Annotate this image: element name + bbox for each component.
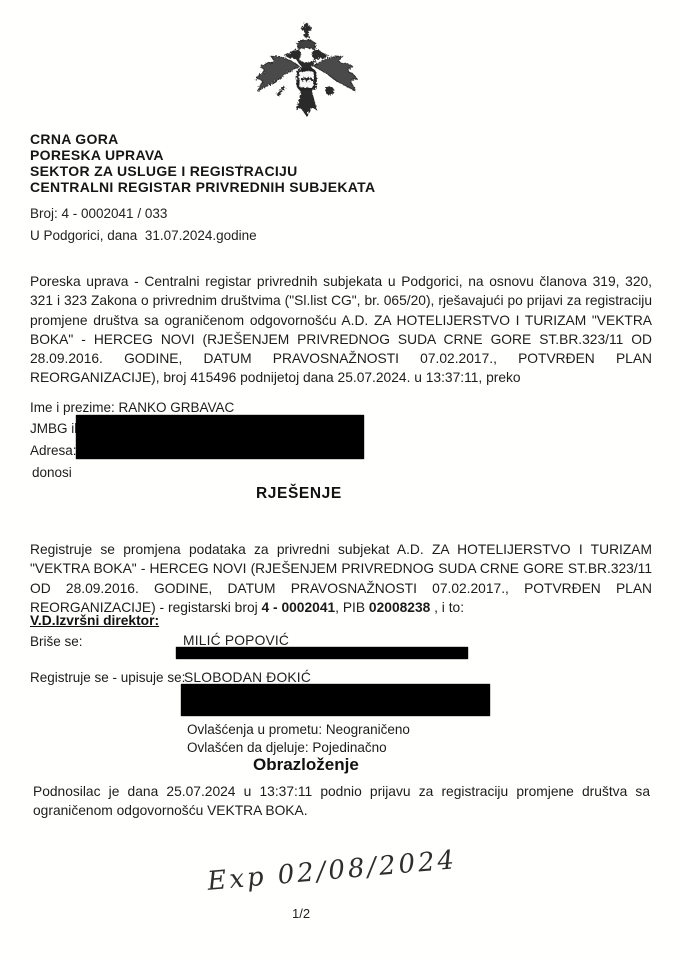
- decision-text-between: , PIB: [335, 600, 369, 615]
- obrazlozenje-title: Obrazloženje: [253, 755, 359, 775]
- applicant-adresa-label: Adresa:: [30, 443, 77, 458]
- registarski-broj-value: 4 - 0002041: [262, 600, 336, 615]
- ovlascenja-prometu-line: Ovlašćenja u prometu: Neograničeno: [187, 722, 410, 737]
- letterhead-country: CRNA GORA: [30, 131, 119, 147]
- director-section-heading: V.D.Izvršni direktor:: [30, 613, 159, 628]
- brise-se-label: Briše se:: [30, 634, 83, 649]
- obrazlozenje-paragraph: Podnosilac je dana 25.07.2024 u 13:37:11…: [33, 782, 650, 821]
- intro-paragraph: Poreska uprava - Centralni registar priv…: [30, 272, 652, 388]
- redaction-box-personal-data: [76, 415, 364, 459]
- letterhead-registry: CENTRALNI REGISTAR PRIVREDNIH SUBJEKATA: [30, 179, 375, 195]
- place-date-line: U Podgorici, dana 31.07.2024.godine: [30, 228, 257, 243]
- document-page: + CRNA GORA PORESKA UPRAVA SEKTOR ZA USL…: [0, 0, 679, 960]
- donosi-line: donosi: [32, 465, 72, 480]
- redaction-box-deleted-director: [176, 647, 468, 659]
- ovlascen-djeluje-line: Ovlašćen da djeluje: Pojedinačno: [187, 740, 387, 755]
- letterhead-sector: SEKTOR ZA USLUGE I REGISTRACIJU: [30, 163, 298, 179]
- case-number-line: Broj: 4 - 0002041 / 033: [30, 206, 167, 221]
- decision-text-after: , i to:: [430, 600, 464, 615]
- page-number: 1/2: [292, 906, 310, 921]
- rjesenje-title: RJEŠENJE: [256, 485, 342, 503]
- pib-value: 02008238: [369, 600, 430, 615]
- coat-of-arms-icon: [252, 22, 360, 122]
- upisuje-se-value: SLOBODAN ĐOKIĆ: [184, 670, 311, 685]
- brise-se-value: MILIĆ POPOVIĆ: [183, 633, 289, 648]
- applicant-name-line: Ime i prezime: RANKO GRBAVAC: [30, 400, 234, 415]
- handwritten-exp-note: Exp 02/08/2024: [206, 845, 458, 897]
- upisuje-se-label: Registruje se - upisuje se:: [30, 670, 185, 685]
- redaction-box-new-director: [181, 684, 490, 716]
- applicant-jmbg-label: JMBG ili: [30, 421, 80, 436]
- decision-paragraph: Registruje se promjena podataka za privr…: [30, 540, 652, 617]
- letterhead-agency: PORESKA UPRAVA: [30, 147, 164, 163]
